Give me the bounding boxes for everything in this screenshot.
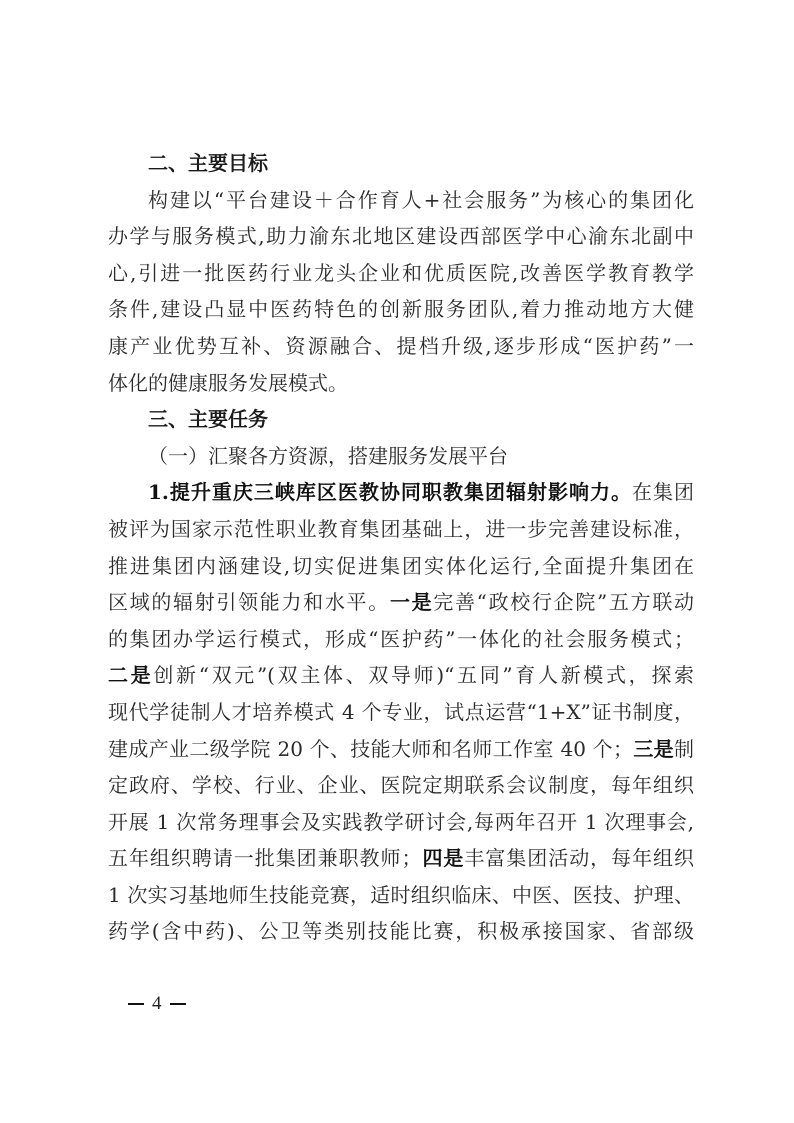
text-span: 制 <box>674 737 694 761</box>
emphasis-second: 二是 <box>108 663 153 687</box>
task-item-1: 1.提升重庆三峡库区医教协同职教集团辐射影响力。在集团 被评为国家示范性职业教育… <box>108 474 694 950</box>
text-span: 完善“政校行企院”五方联动 <box>433 590 694 614</box>
text-span: 区域的辐射引领能力和水平。 <box>108 590 390 614</box>
paragraph-line: 办学与服务模式,助力渝东北地区建设西部医学中心渝东北副中 <box>108 218 694 255</box>
text-span: 在集团 <box>632 480 694 504</box>
emphasis-third: 三是 <box>633 737 674 761</box>
emphasis-first: 一是 <box>390 590 433 614</box>
page-footer: 4 <box>128 993 186 1015</box>
paragraph-line: 康产业优势互补、资源融合、提档升级,逐步形成“医护药”一 <box>108 328 694 365</box>
paragraph-line: 区域的辐射引领能力和水平。一是完善“政校行企院”五方联动 <box>108 584 694 621</box>
paragraph-line: 被评为国家示范性职业教育集团基础上，进一步完善建设标准， <box>108 511 694 548</box>
text-span: 建成产业二级学院 20 个、技能大师和名师工作室 40 个； <box>108 737 633 761</box>
paragraph-line: 定政府、学校、行业、企业、医院定期联系会议制度，每年组织 <box>108 767 694 804</box>
item-title: 1.提升重庆三峡库区医教协同职教集团辐射影响力。 <box>148 480 632 504</box>
paragraph-line: 药学(含中药)、公卫等类别技能比赛，积极承接国家、省部级 <box>108 913 694 950</box>
paragraph-line: 开展 1 次常务理事会及实践教学研讨会,每两年召开 1 次理事会, <box>108 804 694 841</box>
emphasis-fourth: 四是 <box>421 846 464 870</box>
dash-left <box>128 1003 144 1005</box>
dash-right <box>170 1003 186 1005</box>
subsection-heading: （一）汇聚各方资源，搭建服务发展平台 <box>108 438 694 475</box>
goals-paragraph: 构建以“平台建设＋合作育人+社会服务”为核心的集团化 办学与服务模式,助力渝东北… <box>108 182 694 402</box>
paragraph-line: 二是创新“双元”(双主体、双导师)“五同”育人新模式，探索 <box>108 657 694 694</box>
paragraph-line: 建成产业二级学院 20 个、技能大师和名师工作室 40 个；三是制 <box>108 731 694 768</box>
text-span: 丰富集团活动，每年组织 <box>464 846 694 870</box>
paragraph-line: 推进集团内涵建设,切实促进集团实体化运行,全面提升集团在 <box>108 548 694 585</box>
page-number: 4 <box>152 993 162 1015</box>
paragraph-line: 体化的健康服务发展模式。 <box>108 365 694 402</box>
text-span: 创新“双元”(双主体、双导师)“五同”育人新模式，探索 <box>153 663 694 687</box>
paragraph-line: 条件,建设凸显中医药特色的创新服务团队,着力推动地方大健 <box>108 291 694 328</box>
paragraph-line: 五年组织聘请一批集团兼职教师；四是丰富集团活动，每年组织 <box>108 840 694 877</box>
paragraph-line: 构建以“平台建设＋合作育人+社会服务”为核心的集团化 <box>108 182 694 219</box>
document-page: 二、主要目标 构建以“平台建设＋合作育人+社会服务”为核心的集团化 办学与服务模… <box>108 145 694 950</box>
paragraph-line: 的集团办学运行模式，形成“医护药”一体化的社会服务模式； <box>108 621 694 658</box>
section-heading-goals: 二、主要目标 <box>108 145 694 182</box>
text-span: 五年组织聘请一批集团兼职教师； <box>108 846 421 870</box>
section-heading-tasks: 三、主要任务 <box>108 401 694 438</box>
paragraph-line: 心,引进一批医药行业龙头企业和优质医院,改善医学教育教学 <box>108 255 694 292</box>
paragraph-line: 1 次实习基地师生技能竞赛，适时组织临床、中医、医技、护理、 <box>108 877 694 914</box>
paragraph-line: 现代学徒制人才培养模式 4 个专业，试点运营“1+X”证书制度， <box>108 694 694 731</box>
paragraph-line: 1.提升重庆三峡库区医教协同职教集团辐射影响力。在集团 <box>108 474 694 511</box>
